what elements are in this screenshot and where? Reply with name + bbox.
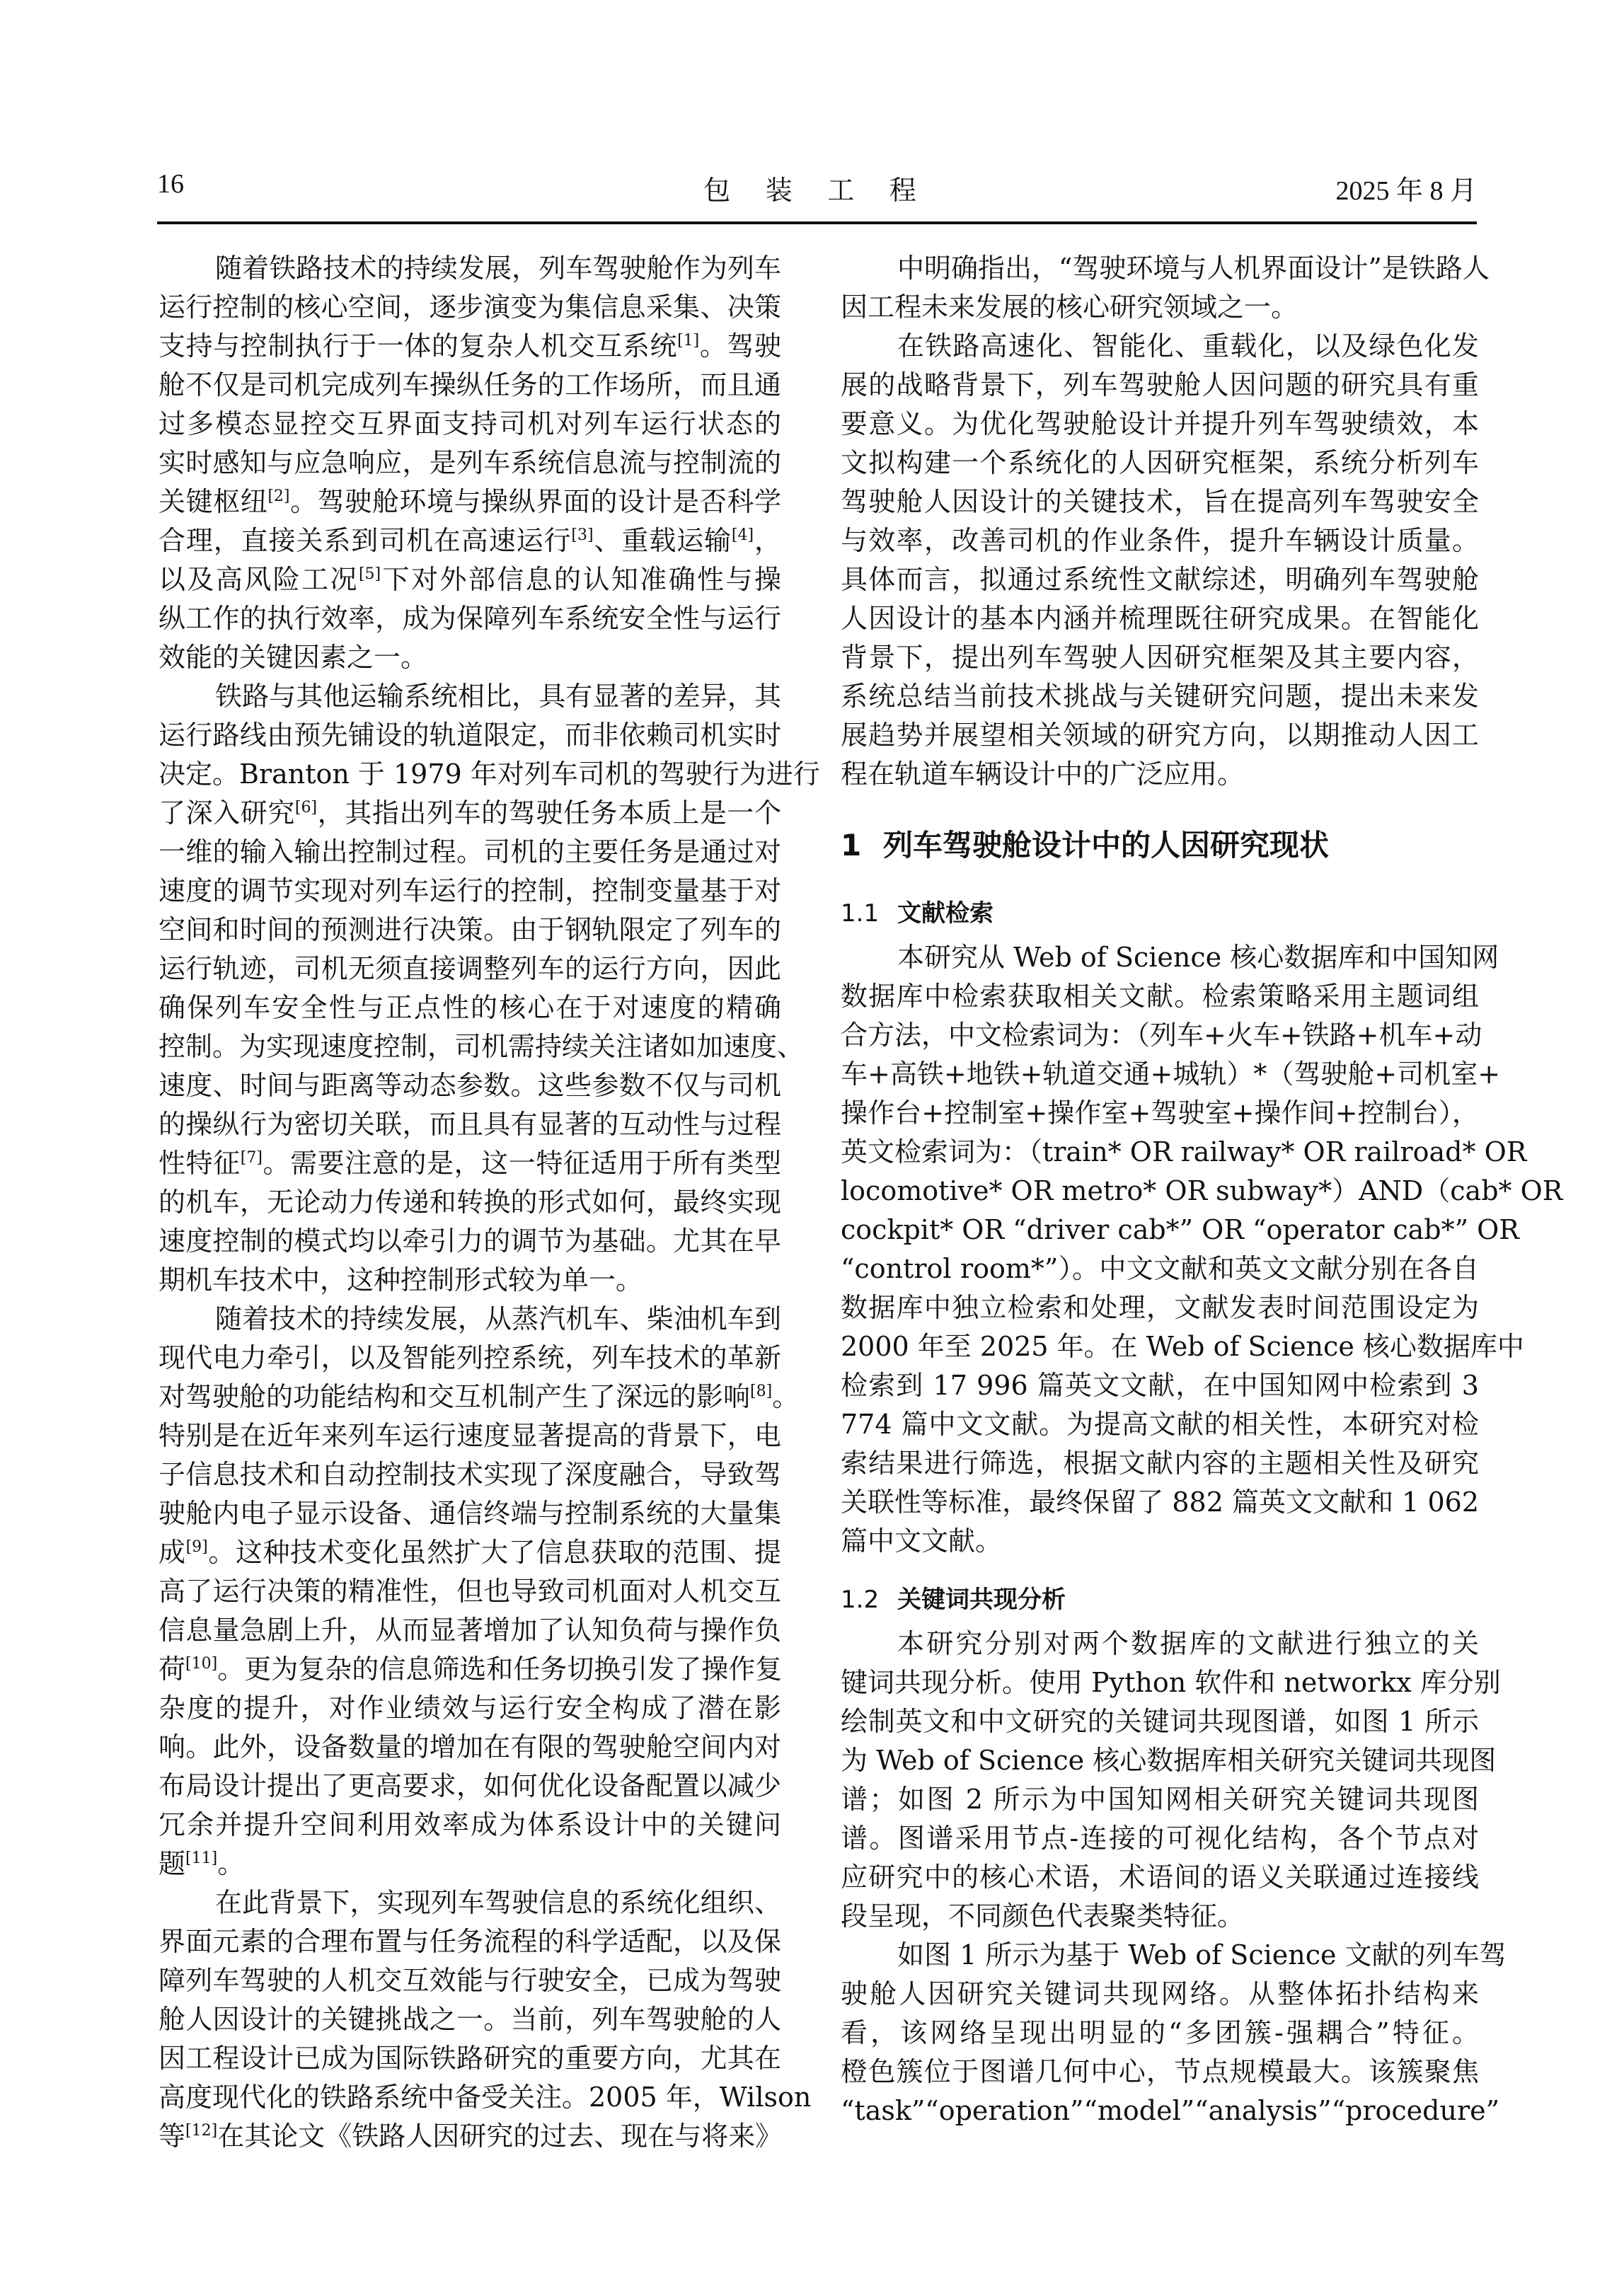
- text-line: 特别是在近年来列车运行速度显著提高的背景下，电: [159, 1417, 781, 1455]
- paragraph: 随着技术的持续发展，从蒸汽机车、柴油机车到现代电力牵引，以及智能列控系统，列车技…: [159, 1300, 781, 1883]
- text-line: 应研究中的核心术语，术语间的语义关联通过连接线: [841, 1858, 1479, 1897]
- text-line: 高度现代化的铁路系统中备受关注。2005 年，Wilson: [159, 2078, 781, 2117]
- text-segment: 。: [772, 1381, 799, 1412]
- text-line: 本研究分别对两个数据库的文献进行独立的关: [841, 1625, 1479, 1663]
- text-line: 一维的输入输出控制过程。司机的主要任务是通过对: [159, 833, 781, 872]
- text-segment: 合理，直接关系到司机在高速运行: [159, 525, 571, 556]
- text-line: 舱人因设计的关键挑战之一。当前，列车驾驶舱的人: [159, 2000, 781, 2039]
- citation-ref[interactable]: [8]: [750, 1383, 772, 1400]
- paragraph: 铁路与其他运输系统相比，具有显著的差异，其运行路线由预先铺设的轨道限定，而非依赖…: [159, 677, 781, 1300]
- text-line: 运行控制的核心空间，逐步演变为集信息采集、决策: [159, 288, 781, 327]
- text-segment: 了深入研究: [159, 797, 295, 829]
- text-segment: 题: [159, 1848, 185, 1879]
- text-line: 题[11]。: [159, 1845, 781, 1883]
- paragraph: 本研究从 Web of Science 核心数据库和中国知网数据库中检索获取相关…: [841, 938, 1479, 1561]
- text-line: locomotive* OR metro* OR subway*）AND（cab…: [841, 1172, 1479, 1211]
- text-line: 现代电力牵引，以及智能列控系统，列车技术的革新: [159, 1339, 781, 1378]
- text-segment: 在其论文《铁路人因研究的过去、现在与将来》: [217, 2121, 782, 2152]
- citation-ref[interactable]: [11]: [185, 1850, 217, 1867]
- text-line: 空间和时间的预测进行决策。由于钢轨限定了列车的: [159, 911, 781, 950]
- text-line: 2000 年至 2025 年。在 Web of Science 核心数据库中: [841, 1327, 1479, 1366]
- text-segment: 。驾驶舱环境与操纵界面的设计是否科学: [290, 486, 781, 517]
- text-line: “control room*”）。中文文献和英文文献分别在各自: [841, 1250, 1479, 1288]
- text-line: 性特征[7]。需要注意的是，这一特征适用于所有类型: [159, 1144, 781, 1183]
- issue-date: 2025 年 8 月: [1335, 168, 1477, 207]
- section-heading-1-2: 1.2关键词共现分析: [841, 1575, 1479, 1625]
- citation-ref[interactable]: [1]: [677, 332, 699, 350]
- text-segment: 。需要注意的是，这一特征适用于所有类型: [263, 1148, 781, 1179]
- citation-ref[interactable]: [4]: [732, 526, 754, 544]
- text-line: 支持与控制执行于一体的复杂人机交互系统[1]。驾驶: [159, 327, 781, 366]
- text-line: 为 Web of Science 核心数据库相关研究关键词共现图: [841, 1741, 1479, 1780]
- text-line: 人因设计的基本内涵并梳理既往研究成果。在智能化: [841, 599, 1479, 638]
- text-line: 谱。图谱采用节点-连接的可视化结构，各个节点对: [841, 1819, 1479, 1858]
- section-title: 列车驾驶舱设计中的人因研究现状: [883, 828, 1329, 862]
- text-line: 段呈现，不同颜色代表聚类特征。: [841, 1897, 1479, 1936]
- text-line: 冗余并提升空间利用效率成为体系设计中的关键问: [159, 1806, 781, 1845]
- section-number: 1.1: [841, 889, 897, 938]
- text-line: 驶舱内电子显示设备、通信终端与控制系统的大量集: [159, 1494, 781, 1533]
- text-line: 检索到 17 996 篇英文文献，在中国知网中检索到 3: [841, 1366, 1479, 1405]
- text-line: 关联性等标准，最终保留了 882 篇英文文献和 1 062: [841, 1483, 1479, 1522]
- text-line: 界面元素的合理布置与任务流程的科学适配，以及保: [159, 1922, 781, 1961]
- text-line: 文拟构建一个系统化的人因研究框架，系统分析列车: [841, 444, 1479, 483]
- text-line: 键词共现分析。使用 Python 软件和 networkx 库分别: [841, 1663, 1479, 1702]
- text-line: 运行轨迹，司机无须直接调整列车的运行方向，因此: [159, 950, 781, 988]
- text-line: 的机车，无论动力传递和转换的形式如何，最终实现: [159, 1183, 781, 1222]
- text-line: 控制。为实现速度控制，司机需持续关注诸如加速度、: [159, 1027, 781, 1066]
- text-line: 期机车技术中，这种控制形式较为单一。: [159, 1261, 781, 1300]
- text-line: 要意义。为优化驾驶舱设计并提升列车驾驶绩效，本: [841, 405, 1479, 444]
- text-line: 子信息技术和自动控制技术实现了深度融合，导致驾: [159, 1455, 781, 1494]
- text-line: 英文检索词为：（train* OR railway* OR railroad* …: [841, 1133, 1479, 1172]
- paragraph: 在此背景下，实现列车驾驶信息的系统化组织、界面元素的合理布置与任务流程的科学适配…: [159, 1883, 781, 2156]
- text-line: 展的战略背景下，列车驾驶舱人因问题的研究具有重: [841, 366, 1479, 405]
- text-line: 程在轨道车辆设计中的广泛应用。: [841, 755, 1479, 794]
- citation-ref[interactable]: [9]: [186, 1538, 208, 1556]
- paragraph: 随着铁路技术的持续发展，列车驾驶舱作为列车运行控制的核心空间，逐步演变为集信息采…: [159, 249, 781, 677]
- text-line: 车+高铁+地铁+轨道交通+城轨）*（驾驶舱+司机室+: [841, 1055, 1479, 1094]
- text-segment: 等: [159, 2121, 185, 2152]
- text-line: 布局设计提出了更高要求，如何优化设备配置以减少: [159, 1767, 781, 1806]
- text-line: 杂度的提升，对作业绩效与运行安全构成了潜在影: [159, 1689, 781, 1728]
- text-segment: 。更为复杂的信息筛选和任务切换引发了操作复: [217, 1654, 782, 1685]
- text-segment: 成: [159, 1537, 186, 1568]
- text-line: 荷[10]。更为复杂的信息筛选和任务切换引发了操作复: [159, 1650, 781, 1689]
- text-line: 驶舱人因研究关键词共现网络。从整体拓扑结构来: [841, 1975, 1479, 2014]
- section-number: 1: [841, 807, 883, 884]
- text-line: 如图 1 所示为基于 Web of Science 文献的列车驾: [841, 1936, 1479, 1975]
- journal-page: 16 包 装 工 程 2025 年 8 月 随着铁路技术的持续发展，列车驾驶舱作…: [0, 0, 1624, 2279]
- text-line: 高了运行决策的精准性，但也导致司机面对人机交互: [159, 1572, 781, 1611]
- text-line: 过多模态显控交互界面支持司机对列车运行状态的: [159, 405, 781, 444]
- text-line: 驾驶舱人因设计的关键技术，旨在提高列车驾驶安全: [841, 483, 1479, 521]
- text-segment: 、重载运输: [594, 525, 732, 556]
- text-line: 对驾驶舱的功能结构和交互机制产生了深远的影响[8]。: [159, 1378, 781, 1417]
- text-line: 具体而言，拟通过系统性文献综述，明确列车驾驶舱: [841, 560, 1479, 599]
- text-segment: 对驾驶舱的功能结构和交互机制产生了深远的影响: [159, 1381, 750, 1412]
- text-line: 中明确指出，“驾驶环境与人机界面设计”是铁路人: [841, 249, 1479, 288]
- text-line: 系统总结当前技术挑战与关键研究问题，提出未来发: [841, 677, 1479, 716]
- text-segment: 。: [217, 1848, 244, 1879]
- text-line: 因工程设计已成为国际铁路研究的重要方向，尤其在: [159, 2039, 781, 2078]
- text-segment: ，: [754, 525, 781, 556]
- right-column: 中明确指出，“驾驶环境与人机界面设计”是铁路人因工程未来发展的核心研究领域之一。…: [841, 249, 1479, 2130]
- citation-ref[interactable]: [10]: [185, 1655, 217, 1673]
- text-line: 了深入研究[6]，其指出列车的驾驶任务本质上是一个: [159, 794, 781, 833]
- text-line: 纵工作的执行效率，成为保障列车系统安全性与运行: [159, 599, 781, 638]
- text-line: 铁路与其他运输系统相比，具有显著的差异，其: [159, 677, 781, 716]
- text-line: 成[9]。这种技术变化虽然扩大了信息获取的范围、提: [159, 1533, 781, 1572]
- text-line: 速度的调节实现对列车运行的控制，控制变量基于对: [159, 872, 781, 911]
- section-heading-1-1: 1.1文献检索: [841, 889, 1479, 938]
- section-title: 关键词共现分析: [897, 1586, 1066, 1614]
- left-column: 随着铁路技术的持续发展，列车驾驶舱作为列车运行控制的核心空间，逐步演变为集信息采…: [159, 249, 781, 2156]
- citation-ref[interactable]: [2]: [267, 487, 289, 505]
- text-segment: 。这种技术变化虽然扩大了信息获取的范围、提: [208, 1537, 781, 1568]
- paragraph: 在铁路高速化、智能化、重载化，以及绿色化发展的战略背景下，列车驾驶舱人因问题的研…: [841, 327, 1479, 794]
- text-segment: 荷: [159, 1654, 185, 1685]
- text-line: “task”“operation”“model”“analysis”“proce…: [841, 2092, 1479, 2130]
- header-rule: [157, 221, 1477, 224]
- citation-ref[interactable]: [6]: [295, 799, 317, 817]
- text-line: 数据库中检索获取相关文献。检索策略采用主题词组: [841, 977, 1479, 1016]
- running-head: 16 包 装 工 程 2025 年 8 月: [157, 168, 1477, 211]
- text-segment: 关键枢纽: [159, 486, 267, 517]
- text-line: 信息量急剧上升，从而显著增加了认知负荷与操作负: [159, 1611, 781, 1650]
- text-line: 舱不仅是司机完成列车操纵任务的工作场所，而且通: [159, 366, 781, 405]
- text-line: 在此背景下，实现列车驾驶信息的系统化组织、: [159, 1883, 781, 1922]
- text-segment: 。驾驶: [699, 330, 781, 362]
- citation-ref[interactable]: [3]: [571, 526, 593, 544]
- section-heading-1: 1列车驾驶舱设计中的人因研究现状: [841, 807, 1479, 884]
- text-line: 效能的关键因素之一。: [159, 638, 781, 677]
- text-line: 运行路线由预先铺设的轨道限定，而非依赖司机实时: [159, 716, 781, 755]
- citation-ref[interactable]: [12]: [185, 2122, 217, 2140]
- text-line: 速度控制的模式均以牵引力的调节为基础。尤其在早: [159, 1222, 781, 1261]
- paragraph: 中明确指出，“驾驶环境与人机界面设计”是铁路人因工程未来发展的核心研究领域之一。: [841, 249, 1479, 327]
- text-line: 以及高风险工况[5]下对外部信息的认知准确性与操: [159, 560, 781, 599]
- text-line: cockpit* OR “driver cab*” OR “operator c…: [841, 1211, 1479, 1250]
- text-line: 关键枢纽[2]。驾驶舱环境与操纵界面的设计是否科学: [159, 483, 781, 521]
- text-line: 谱；如图 2 所示为中国知网相关研究关键词共现图: [841, 1780, 1479, 1819]
- text-line: 随着铁路技术的持续发展，列车驾驶舱作为列车: [159, 249, 781, 288]
- section-title: 文献检索: [897, 899, 994, 928]
- section-number: 1.2: [841, 1575, 897, 1625]
- text-line: 操作台+控制室+操作室+驾驶室+操作间+控制台），: [841, 1094, 1479, 1133]
- citation-ref[interactable]: [5]: [359, 565, 381, 583]
- text-line: 在铁路高速化、智能化、重载化，以及绿色化发: [841, 327, 1479, 366]
- text-segment: 性特征: [159, 1148, 241, 1179]
- text-line: 速度、时间与距离等动态参数。这些参数不仅与司机: [159, 1066, 781, 1105]
- text-line: 篇中文文献。: [841, 1522, 1479, 1561]
- text-line: 的操纵行为密切关联，而且具有显著的互动性与过程: [159, 1105, 781, 1144]
- text-line: 障列车驾驶的人机交互效能与行驶安全，已成为驾驶: [159, 1961, 781, 2000]
- text-segment: 下对外部信息的认知准确性与操: [381, 564, 781, 595]
- text-line: 合理，直接关系到司机在高速运行[3]、重载运输[4]，: [159, 521, 781, 560]
- paragraph: 如图 1 所示为基于 Web of Science 文献的列车驾驶舱人因研究关键…: [841, 1936, 1479, 2130]
- text-line: 看，该网络呈现出明显的“多团簇-强耦合”特征。: [841, 2014, 1479, 2053]
- citation-ref[interactable]: [7]: [241, 1149, 263, 1167]
- text-line: 展趋势并展望相关领域的研究方向，以期推动人因工: [841, 716, 1479, 755]
- text-line: 数据库中独立检索和处理，文献发表时间范围设定为: [841, 1288, 1479, 1327]
- text-line: 因工程未来发展的核心研究领域之一。: [841, 288, 1479, 327]
- text-line: 随着技术的持续发展，从蒸汽机车、柴油机车到: [159, 1300, 781, 1339]
- text-line: 本研究从 Web of Science 核心数据库和中国知网: [841, 938, 1479, 977]
- text-line: 绘制英文和中文研究的关键词共现图谱，如图 1 所示: [841, 1702, 1479, 1741]
- text-line: 索结果进行筛选，根据文献内容的主题相关性及研究: [841, 1444, 1479, 1483]
- text-line: 与效率，改善司机的作业条件，提升车辆设计质量。: [841, 521, 1479, 560]
- text-segment: 支持与控制执行于一体的复杂人机交互系统: [159, 330, 677, 362]
- text-line: 背景下，提出列车驾驶人因研究框架及其主要内容，: [841, 638, 1479, 677]
- paragraph: 本研究分别对两个数据库的文献进行独立的关键词共现分析。使用 Python 软件和…: [841, 1625, 1479, 1936]
- text-line: 响。此外，设备数量的增加在有限的驾驶舱空间内对: [159, 1728, 781, 1767]
- text-line: 等[12]在其论文《铁路人因研究的过去、现在与将来》: [159, 2117, 781, 2156]
- text-line: 合方法，中文检索词为：（列车+火车+铁路+机车+动: [841, 1016, 1479, 1055]
- text-line: 774 篇中文文献。为提高文献的相关性，本研究对检: [841, 1405, 1479, 1444]
- text-segment: ，其指出列车的驾驶任务本质上是一个: [317, 797, 781, 829]
- text-segment: 以及高风险工况: [159, 564, 359, 595]
- text-line: 确保列车安全性与正点性的核心在于对速度的精确: [159, 988, 781, 1027]
- text-line: 橙色簇位于图谱几何中心，节点规模最大。该簇聚焦: [841, 2053, 1479, 2092]
- spacer: [841, 1561, 1479, 1571]
- text-line: 实时感知与应急响应，是列车系统信息流与控制流的: [159, 444, 781, 483]
- text-line: 决定。Branton 于 1979 年对列车司机的驾驶行为进行: [159, 755, 781, 794]
- journal-title: 包 装 工 程: [157, 168, 1477, 207]
